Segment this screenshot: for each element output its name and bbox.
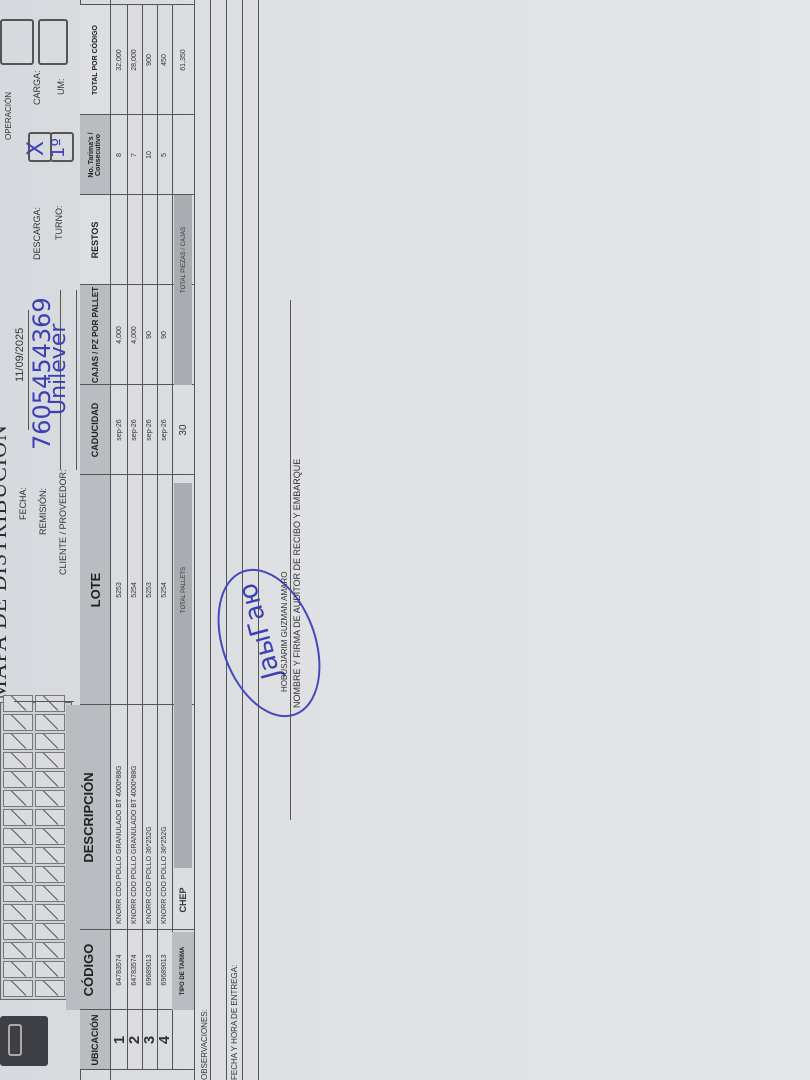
table-cell-codigo: 69689013 bbox=[157, 930, 172, 1010]
table-cell-total: 900 bbox=[142, 5, 157, 115]
tipo-tarima-value: CHEP bbox=[172, 870, 194, 930]
table-cell-caducidad: sep-26 bbox=[142, 385, 157, 475]
total-piezas-value: 61,350 bbox=[172, 5, 194, 115]
table-cell-cajas: 4,000 bbox=[127, 285, 142, 385]
remision-label: REMISIÓN: bbox=[38, 488, 48, 535]
table-cell-descripcion: KNORR CDO POLLO 36*252G bbox=[157, 699, 172, 930]
location-grid bbox=[0, 702, 72, 1000]
fecha-label: FECHA: bbox=[18, 487, 28, 520]
table-cell-caducidad: sep-26 bbox=[157, 385, 172, 475]
table-cell-descripcion: KNORR CDO POLLO GRANULADO BT 4000*88G bbox=[127, 699, 142, 930]
table-cell-ubicacion: 2 bbox=[127, 1010, 142, 1070]
table-cell-cajas: 90 bbox=[157, 285, 172, 385]
table-cell-total: 28,000 bbox=[127, 5, 142, 115]
col-cajas-pz: CAJAS / PZ POR PALLET bbox=[80, 285, 110, 385]
col-caducidad: CADUCIDAD bbox=[80, 385, 110, 475]
table-cell-caducidad: sep-26 bbox=[112, 385, 127, 475]
descarga-label: DESCARGA: bbox=[32, 207, 42, 260]
table-cell-codigo: 64783574 bbox=[127, 930, 142, 1010]
col-codigo: CÓDIGO bbox=[66, 930, 110, 1010]
table-cell-codigo: 64783574 bbox=[112, 930, 127, 1010]
total-pallets-value: 30 bbox=[172, 385, 194, 475]
table-cell-caducidad: sep-26 bbox=[127, 385, 142, 475]
observaciones-label: OBSERVACIONES: bbox=[200, 1009, 209, 1080]
table-cell-cajas: 90 bbox=[142, 285, 157, 385]
descarga-mark: X bbox=[24, 141, 49, 156]
table-cell-lote: 5253 bbox=[142, 475, 157, 705]
column-divider bbox=[80, 1069, 194, 1070]
table-cell-tarimas: 7 bbox=[127, 115, 142, 195]
turno-label: TURNO: bbox=[54, 206, 64, 241]
carga-checkbox[interactable] bbox=[0, 19, 34, 65]
fecha-entrega-label: FECHA Y HORA DE ENTREGA: bbox=[230, 965, 239, 1080]
total-piezas-label: TOTAL PIEZAS / CAJAS bbox=[176, 200, 192, 320]
table-cell-tarimas: 8 bbox=[112, 115, 127, 195]
table-cell-total: 450 bbox=[157, 5, 172, 115]
col-ubicacion: UBICACIÓN bbox=[80, 1010, 110, 1070]
table-cell-lote: 5254 bbox=[127, 475, 142, 705]
col-restos: RESTOS bbox=[80, 195, 110, 285]
col-descripcion: DESCRIPCIÓN bbox=[66, 705, 110, 930]
distribution-map-document: MAPA DE DISTRIBUCIÓN FECHA: 11/09/2025 R… bbox=[0, 0, 810, 1080]
table-cell-descripcion: KNORR CDO POLLO 36*252G bbox=[142, 699, 157, 930]
table-cell-restos bbox=[112, 195, 127, 285]
operacion-label: OPERACIÓN bbox=[4, 92, 13, 140]
signature-role-label: NOMBRE Y FIRMA DE AUDITOR DE RECIBO Y EM… bbox=[292, 459, 302, 708]
um-label: UM: bbox=[56, 79, 66, 96]
document-title: MAPA DE DISTRIBUCIÓN bbox=[0, 424, 12, 700]
table-cell-lote: 5254 bbox=[157, 475, 172, 705]
table-cell-cajas: 4,000 bbox=[112, 285, 127, 385]
col-lote: LOTE bbox=[80, 475, 110, 705]
table-cell-restos bbox=[142, 195, 157, 285]
tipo-tarima-label: TIPO DE TARIMA bbox=[172, 932, 194, 1010]
signer-name: HOBUSJARIM GUZMAN AMARO bbox=[280, 572, 289, 692]
header-divider bbox=[14, 701, 74, 702]
col-tarimas: No. Tarima's / Consecutivo bbox=[80, 115, 110, 195]
total-pallets-label: TOTAL PALLETS bbox=[176, 530, 192, 650]
cliente-label: CLIENTE / PROVEEDOR: bbox=[58, 469, 68, 575]
table-cell-ubicacion: 3 bbox=[142, 1010, 157, 1070]
cliente-value: Unilever bbox=[46, 324, 71, 415]
carga-label: CARGA: bbox=[32, 70, 42, 105]
fecha-value: 11/09/2025 bbox=[14, 328, 26, 382]
table-cell-lote: 5253 bbox=[112, 475, 127, 705]
table-cell-descripcion: KNORR CDO POLLO GRANULADO BT 4000*88G bbox=[112, 699, 127, 930]
table-cell-ubicacion: 1 bbox=[112, 1010, 127, 1070]
table-cell-tarimas: 5 bbox=[157, 115, 172, 195]
turno-value: 1º bbox=[48, 138, 69, 158]
table-cell-total: 32,000 bbox=[112, 5, 127, 115]
table-cell-restos bbox=[157, 195, 172, 285]
company-logo bbox=[0, 1016, 48, 1066]
table-cell-codigo: 69689013 bbox=[142, 930, 157, 1010]
col-total-codigo: TOTAL POR CÓDIGO bbox=[80, 5, 110, 115]
um-box[interactable] bbox=[38, 19, 68, 65]
table-cell-ubicacion: 4 bbox=[157, 1010, 172, 1070]
table-cell-tarimas: 10 bbox=[142, 115, 157, 195]
table-cell-restos bbox=[127, 195, 142, 285]
